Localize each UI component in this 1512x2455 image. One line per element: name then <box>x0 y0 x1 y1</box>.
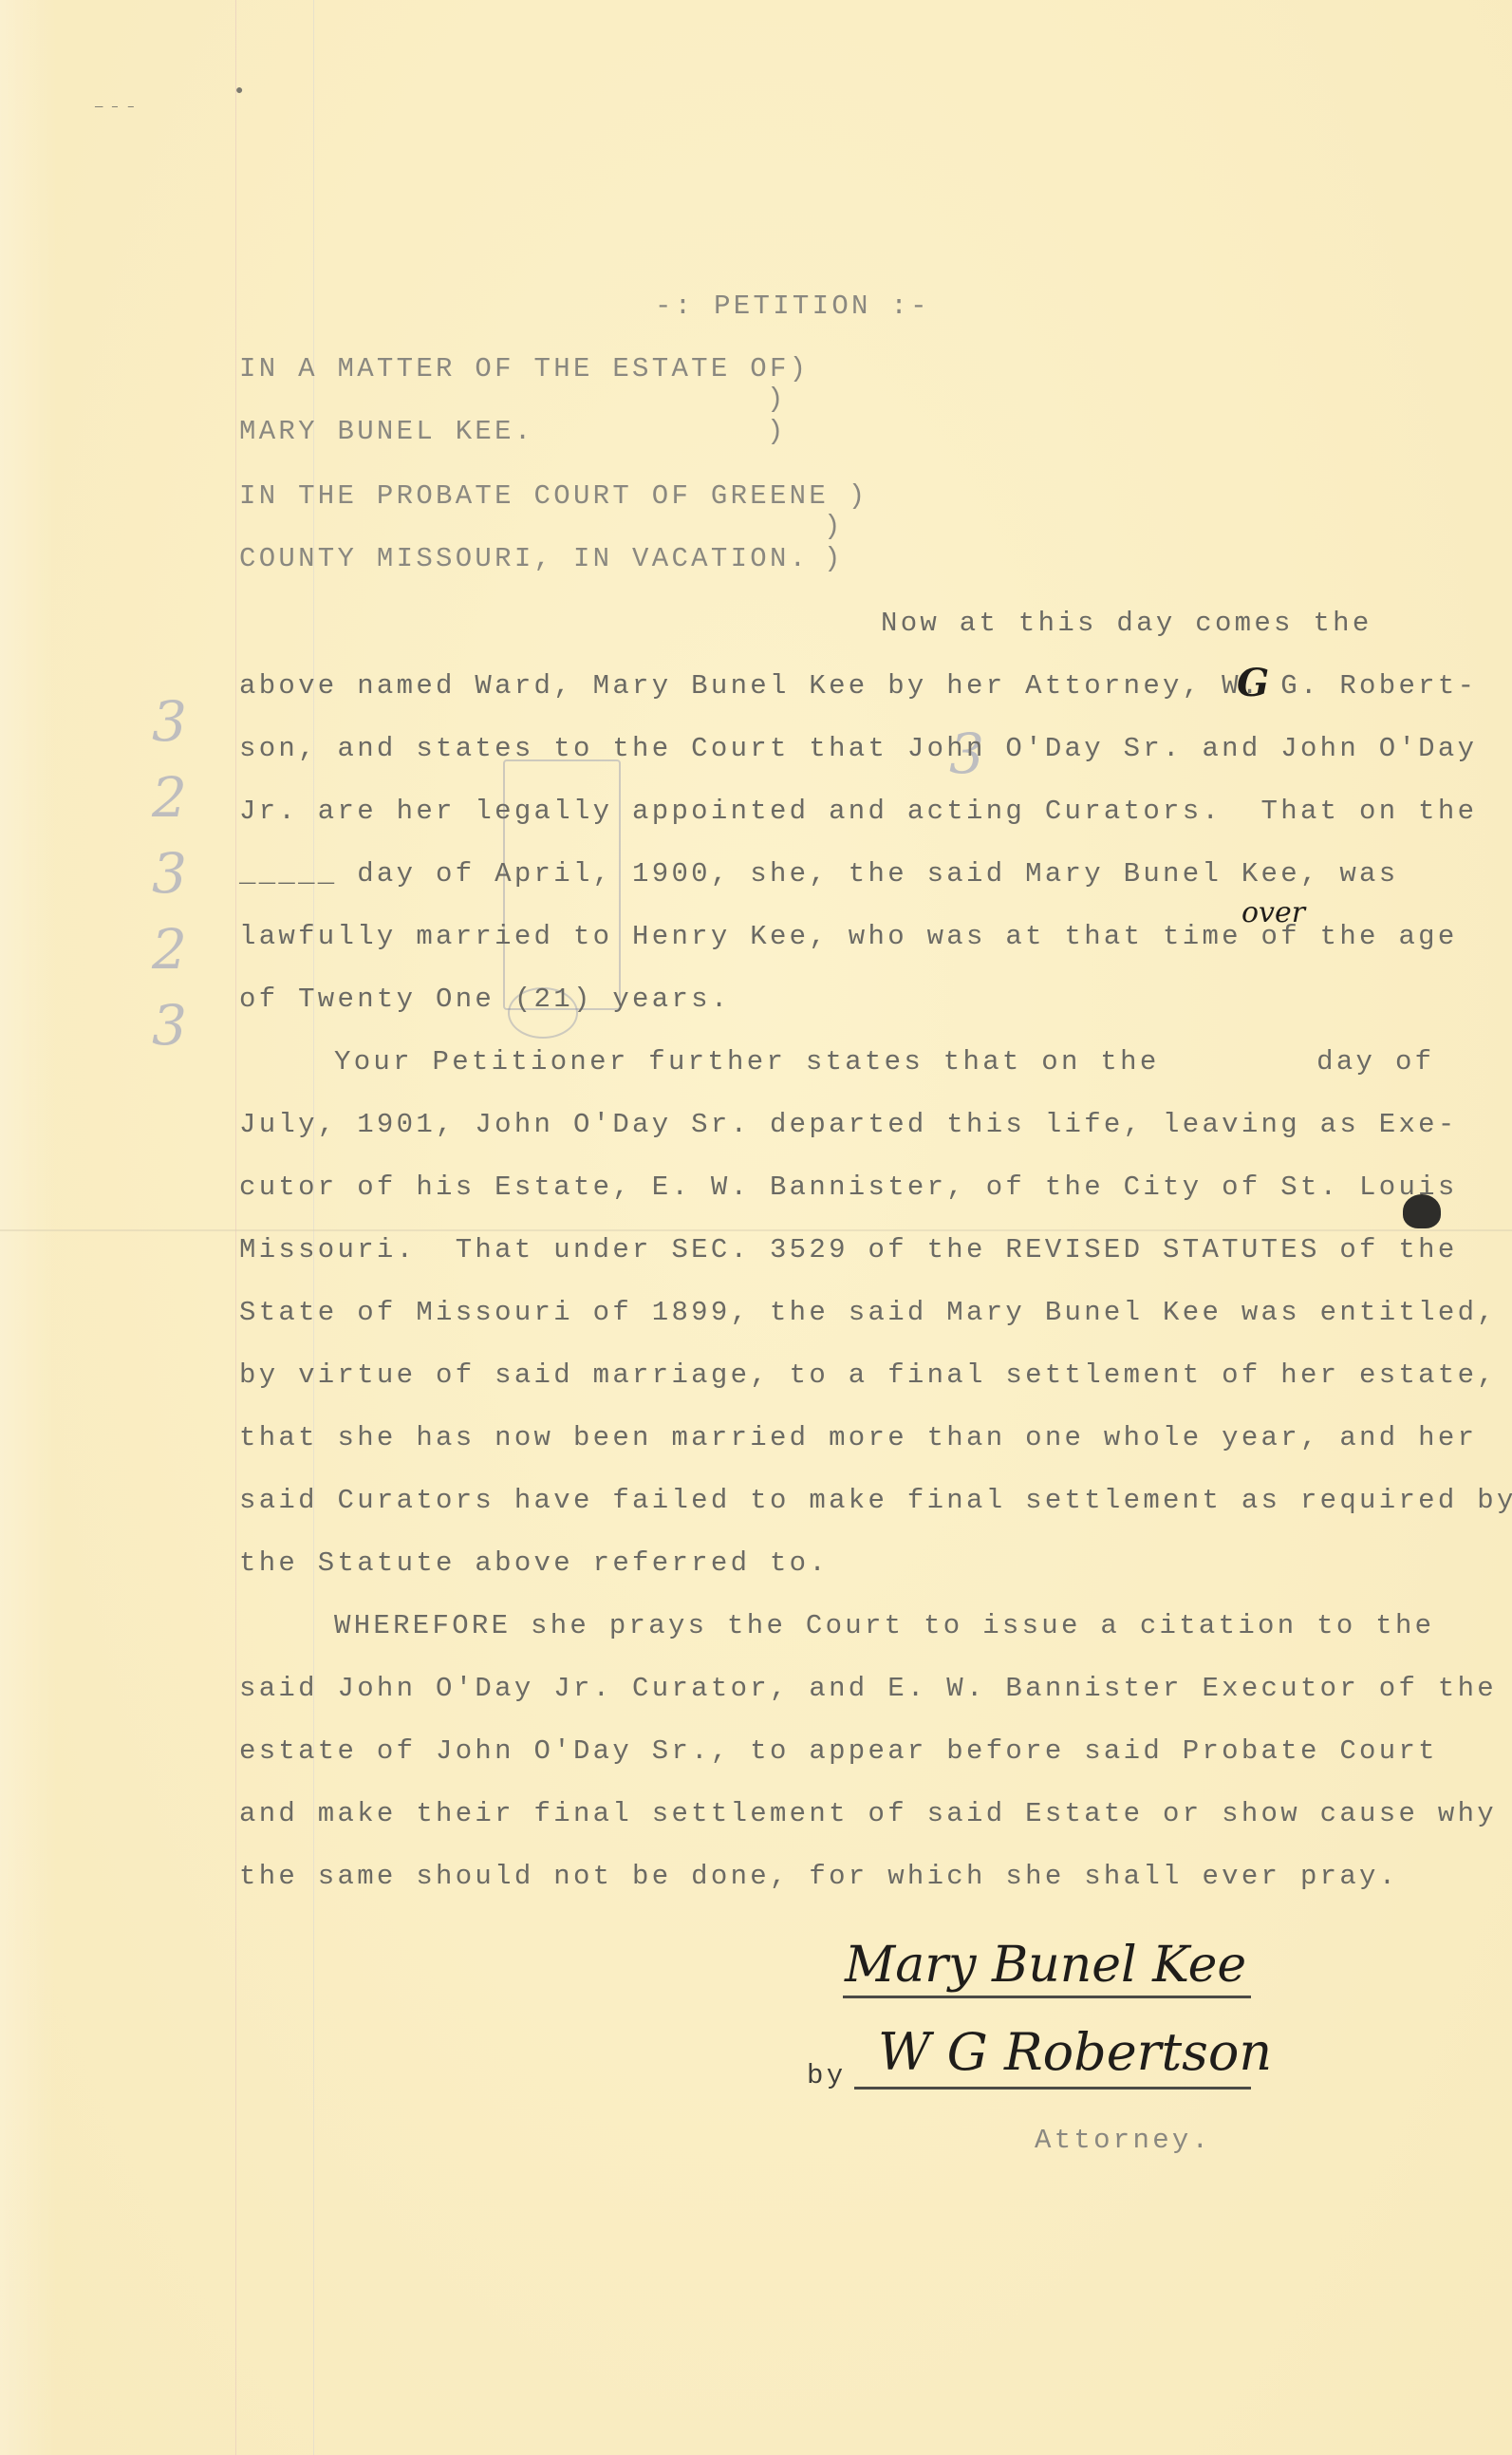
body-line: of Twenty One (21) years. <box>239 985 731 1013</box>
margin-rule-left <box>235 0 236 2455</box>
body-line: the same should not be done, for which s… <box>239 1863 1398 1890</box>
petitioner-signature-line <box>843 1996 1251 1998</box>
attorney-signature-line <box>854 2087 1251 2090</box>
body-line: estate of John O'Day Sr., to appear befo… <box>239 1737 1438 1765</box>
caption-court-line-2: COUNTY MISSOURI, IN VACATION. <box>239 545 809 572</box>
corner-speck: ● <box>235 84 243 99</box>
caption-estate-line-2: MARY BUNEL KEE. <box>239 418 534 445</box>
body-line: by virtue of said marriage, to a final s… <box>239 1361 1497 1389</box>
body-line: WHEREFORE she prays the Court to issue a… <box>334 1612 1434 1640</box>
petitioner-signature: Mary Bunel Kee <box>845 1937 1246 1994</box>
body-line: the Statute above referred to. <box>239 1549 829 1577</box>
document-title: -: PETITION :- <box>655 292 930 320</box>
by-label: by <box>807 2062 846 2090</box>
body-line: Missouri. That under SEC. 3529 of the RE… <box>239 1236 1458 1264</box>
body-line: and make their final settlement of said … <box>239 1800 1497 1827</box>
caption-estate-bracket: ) <box>767 385 787 413</box>
corner-mark: — – – <box>95 100 135 115</box>
attorney-signature: W G Robertson <box>878 2022 1272 2082</box>
body-line: Your Petitioner further states that on t… <box>334 1048 1434 1076</box>
body-line: son, and states to the Court that John O… <box>239 735 1477 762</box>
handwritten-interlinear-word: over <box>1241 896 1305 929</box>
caption-court-line-1: IN THE PROBATE COURT OF GREENE ) <box>239 482 868 510</box>
caption-court-bracket-2: ) <box>824 545 844 572</box>
body-line: that she has now been married more than … <box>239 1424 1477 1452</box>
caption-court-bracket: ) <box>824 513 844 540</box>
caption-estate-line-1: IN A MATTER OF THE ESTATE OF) <box>239 355 809 383</box>
body-line: said Curators have failed to make final … <box>239 1487 1512 1514</box>
attorney-label: Attorney. <box>1035 2127 1211 2154</box>
body-line: Now at this day comes the <box>881 609 1372 637</box>
body-line: cutor of his Estate, E. W. Bannister, of… <box>239 1173 1458 1201</box>
page-fold <box>0 1229 1512 1231</box>
body-line: July, 1901, John O'Day Sr. departed this… <box>239 1111 1458 1138</box>
body-line: _____ day of April, 1900, she, the said … <box>239 860 1398 888</box>
caption-estate-bracket-2: ) <box>767 418 787 445</box>
body-line: Jr. are her legally appointed and acting… <box>239 797 1477 825</box>
pencil-notation: 32323 <box>152 684 187 1063</box>
body-line: said John O'Day Jr. Curator, and E. W. B… <box>239 1675 1497 1702</box>
body-line: above named Ward, Mary Bunel Kee by her … <box>239 672 1477 700</box>
handwritten-initial-correction: G <box>1237 661 1269 705</box>
body-line: State of Missouri of 1899, the said Mary… <box>239 1299 1497 1326</box>
ink-blot <box>1403 1194 1441 1228</box>
